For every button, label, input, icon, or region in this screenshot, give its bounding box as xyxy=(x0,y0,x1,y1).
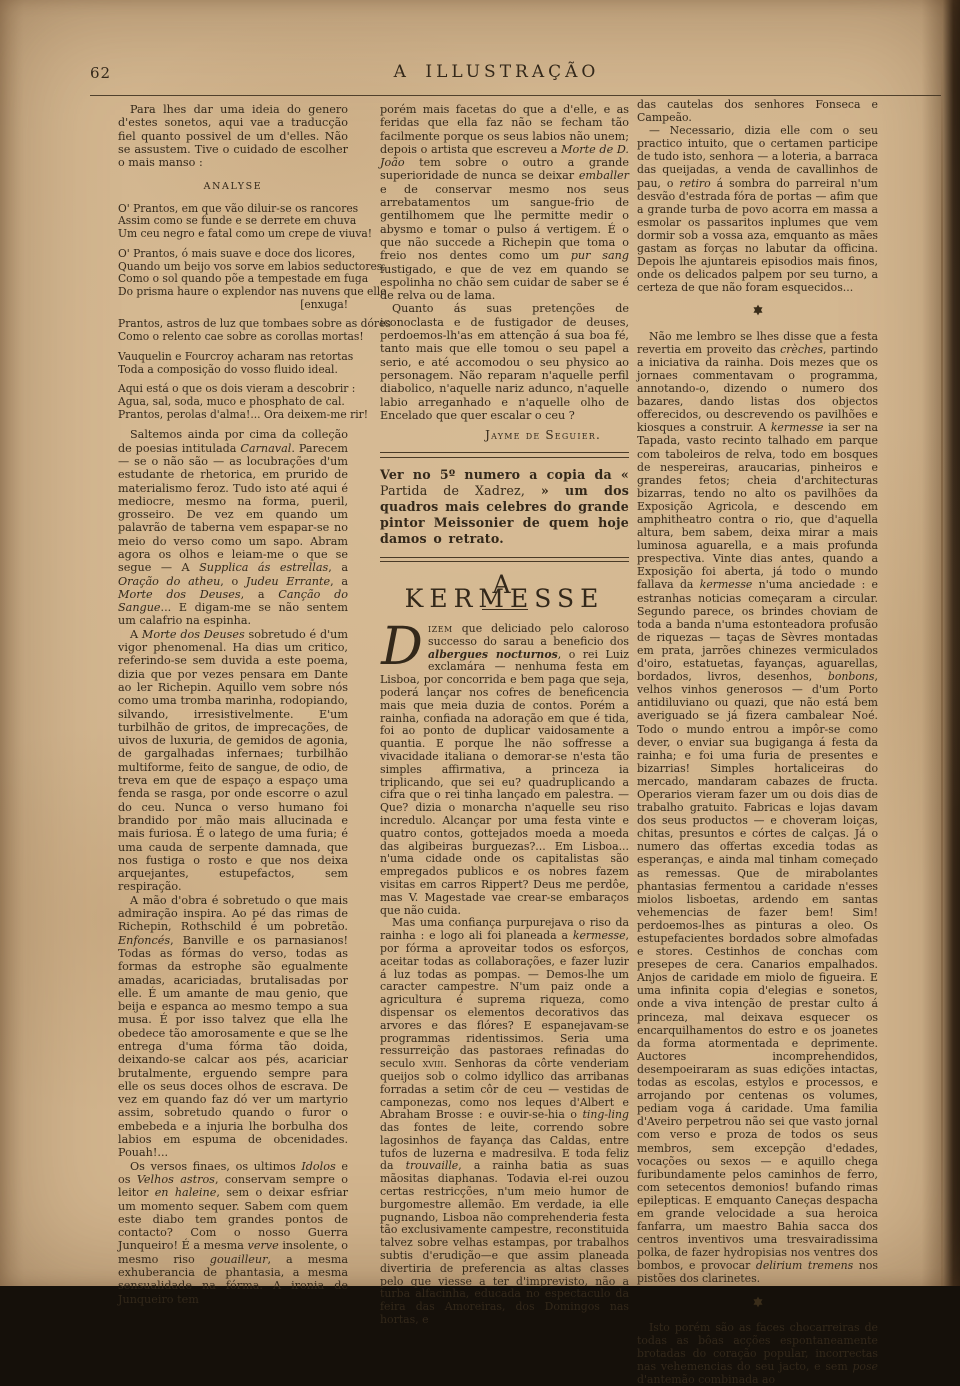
poem-line: Um ceu negro e fatal como um crepe de vi… xyxy=(118,228,348,241)
text-column-1: Para lhes dar uma ideia do genero d'este… xyxy=(118,103,348,1286)
double-rule xyxy=(380,557,629,563)
poem-stanza: Prantos, astros de luz que tombaes sobre… xyxy=(118,318,348,343)
paragraph: Dizem que deliciado pelo caloroso succes… xyxy=(380,623,629,917)
journal-title: A ILLUSTRAÇÃO xyxy=(90,62,903,82)
poem-line: Prantos, perolas d'alma!... Ora deixem-m… xyxy=(118,409,348,422)
paragraph: porém mais facetas do que a d'elle, e as… xyxy=(380,103,629,302)
paragraph: Para lhes dar uma ideia do genero d'este… xyxy=(118,103,348,169)
poem-line: [enxuga! xyxy=(118,299,348,312)
page-fold-crease xyxy=(941,60,943,1286)
poem-line: Como o relento cae sobre as corollas mor… xyxy=(118,331,348,344)
paragraph: Quanto ás suas pretenções de iconoclasta… xyxy=(380,302,629,422)
paragraph: — Necessario, dizia elle com o seu pract… xyxy=(637,124,878,294)
poem-line: Toda a composição do vosso fluido ideal. xyxy=(118,364,348,377)
poem-stanza: Aqui está o que os dois vieram a descobr… xyxy=(118,383,348,421)
poem-line: Agua, sal, soda, muco e phosphato de cal… xyxy=(118,396,348,409)
poem-stanza: O' Prantos, em que vão diluir-se os ranc… xyxy=(118,203,348,241)
paragraph: Não me lembro se lhes disse que a festa … xyxy=(637,330,878,1286)
article-title: A KERMESSE xyxy=(380,578,629,605)
scanned-magazine-page: 62 A ILLUSTRAÇÃO Para lhes dar uma ideia… xyxy=(0,0,960,1286)
editor-notice: Ver no 5º numero a copia da « Partida de… xyxy=(380,467,629,547)
poem-line: O' Prantos, ó mais suave e doce dos lico… xyxy=(118,248,348,261)
author-signature: Jayme de Seguier. xyxy=(380,429,629,442)
poem-line: Vauquelin e Fourcroy acharam nas retorta… xyxy=(118,351,348,364)
paragraph: das cautelas dos senhores Fonseca e Camp… xyxy=(637,98,878,124)
paragraph: A mão d'obra é sobretudo o que mais admi… xyxy=(118,894,348,1160)
paragraph: Saltemos ainda por cima da colleção de p… xyxy=(118,428,348,627)
header-rule xyxy=(90,95,941,96)
paragraph: A Morte dos Deuses sobretudo é d'um vigo… xyxy=(118,628,348,894)
paragraph: Mas uma confiança purpurejava o riso da … xyxy=(380,917,629,1286)
poem-stanza: O' Prantos, ó mais suave e doce dos lico… xyxy=(118,248,348,312)
poem-stanza: Vauquelin e Fourcroy acharam nas retorta… xyxy=(118,351,348,376)
paragraph: Os versos finaes, os ultimos Idolos e os… xyxy=(118,1160,348,1286)
text-column-2: porém mais facetas do que a d'elle, e as… xyxy=(380,103,629,1286)
drop-cap-letter: D xyxy=(380,625,424,673)
star-ornament-icon xyxy=(637,304,878,319)
poem-heading: ANALYSE xyxy=(118,180,348,193)
double-rule xyxy=(380,452,629,458)
poem-line: Do prisma haure o explendor nas nuvens q… xyxy=(118,286,348,299)
text-column-3: das cautelas dos senhores Fonseca e Camp… xyxy=(637,98,878,1286)
page-header: 62 A ILLUSTRAÇÃO xyxy=(90,60,943,84)
